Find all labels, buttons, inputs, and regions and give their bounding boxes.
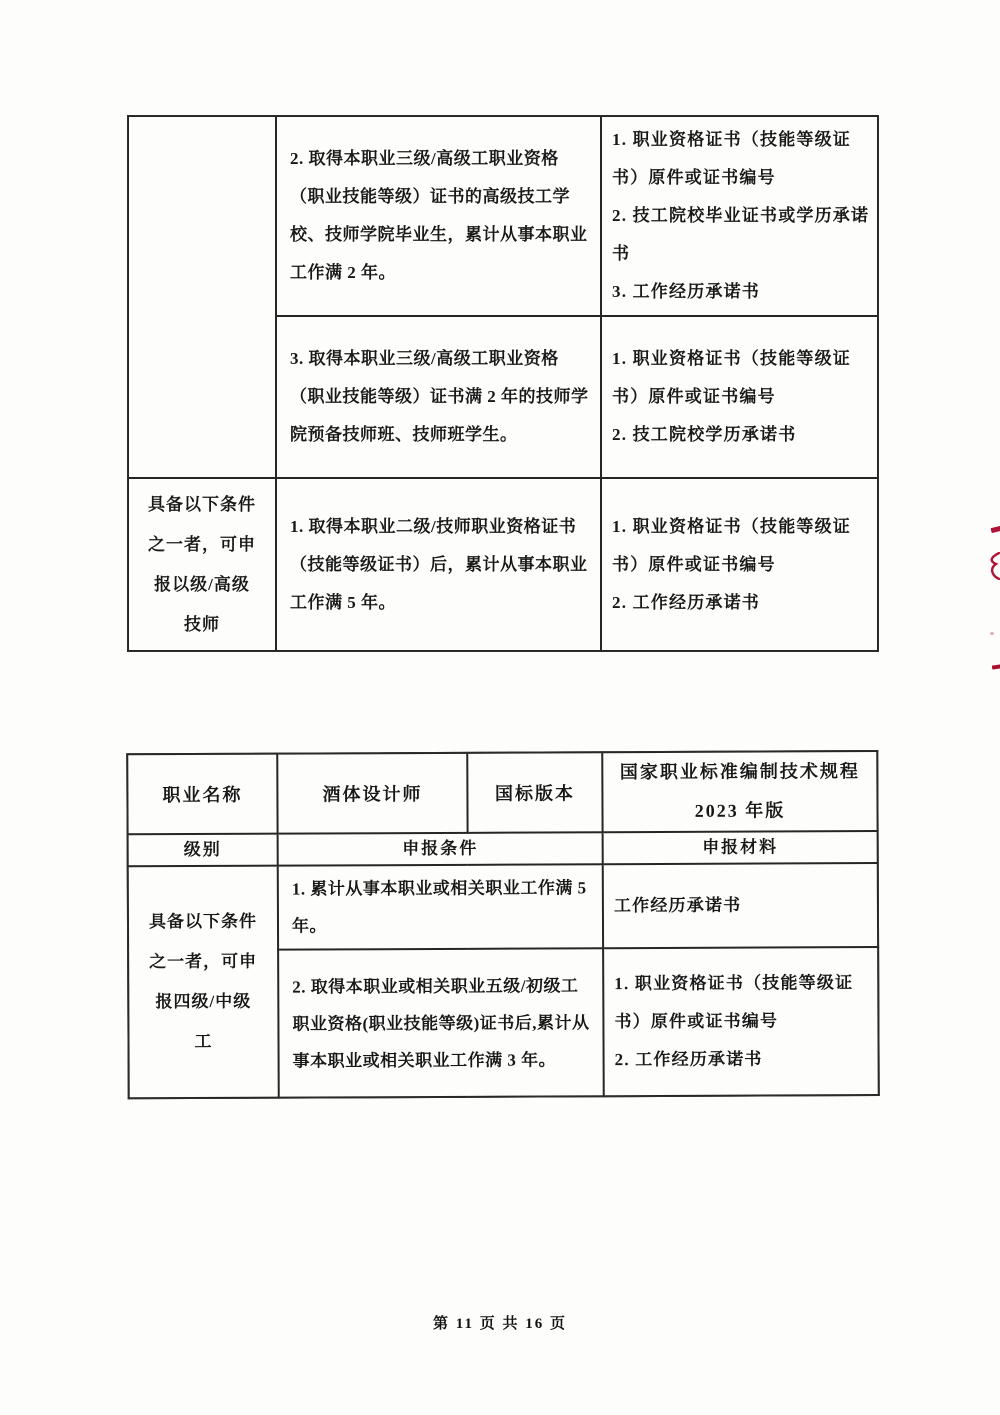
t1-level-cell-senior-technician: 具备以下条件 之一者，可申 报以级/高级 技师 — [128, 478, 276, 651]
table-row: 具备以下条件 之一者，可申 报以级/高级 技师 1. 取得本职业二级/技师职业资… — [128, 478, 878, 651]
red-ink-mark — [988, 552, 1000, 580]
occupation-table-jiuti-designer: 职业名称 酒体设计师 国标版本 国家职业标准编制技术规程 2023 年版 级别 … — [126, 750, 880, 1099]
t2-level-cell-intermediate-worker: 具备以下条件 之一者，可申 报四级/中级 工 — [128, 866, 279, 1099]
table-row: 具备以下条件 之一者，可申 报四级/中级 工 1. 累计从事本职业或相关职业工作… — [128, 863, 878, 950]
condition-text: 2. 取得本职业三级/高级工职业资格（职业技能等级）证书的高级技工学校、技师学院… — [290, 140, 592, 292]
occupation-name-label: 职业名称 — [127, 754, 277, 835]
table-header-row: 职业名称 酒体设计师 国标版本 国家职业标准编制技术规程 2023 年版 — [127, 751, 877, 834]
material-item: 1. 职业资格证书（技能等级证书）原件或证书编号 — [614, 964, 873, 1041]
material-item: 1. 职业资格证书（技能等级证书）原件或证书编号 — [612, 508, 873, 584]
condition-text: 2. 取得本职业或相关职业五级/初级工职业资格(职业技能等级)证书后,累计从事本… — [292, 967, 594, 1079]
materials-column-header: 申报材料 — [603, 831, 878, 864]
red-ink-mark — [990, 632, 994, 635]
t2-condition-cell-1: 1. 累计从事本职业或相关职业工作满 5 年。 — [278, 864, 603, 949]
t1-materials-cell-2: 1. 职业资格证书（技能等级证书）原件或证书编号 2. 技工院校学历承诺书 — [601, 316, 878, 478]
material-item: 2. 工作经历承诺书 — [612, 584, 873, 622]
material-item: 3. 工作经历承诺书 — [612, 273, 873, 311]
t1-materials-cell-3: 1. 职业资格证书（技能等级证书）原件或证书编号 2. 工作经历承诺书 — [601, 478, 878, 651]
red-ink-mark — [992, 664, 1000, 669]
scanned-document-page: 2. 取得本职业三级/高级工职业资格（职业技能等级）证书的高级技工学校、技师学院… — [0, 0, 1000, 1415]
standard-version-label: 国标版本 — [467, 752, 602, 833]
level-column-header: 级别 — [128, 834, 278, 867]
table-subheader-row: 级别 申报条件 申报材料 — [128, 831, 878, 866]
condition-text: 3. 取得本职业三级/高级工职业资格（职业技能等级）证书满 2 年的技师学院预备… — [290, 340, 592, 454]
t1-condition-cell-1: 2. 取得本职业三级/高级工职业资格（职业技能等级）证书的高级技工学校、技师学院… — [276, 116, 601, 316]
t1-materials-cell-1: 1. 职业资格证书（技能等级证书）原件或证书编号 2. 技工院校毕业证书或学历承… — [601, 116, 878, 316]
t2-condition-cell-2: 2. 取得本职业或相关职业五级/初级工职业资格(职业技能等级)证书后,累计从事本… — [278, 948, 604, 1097]
condition-text: 1. 累计从事本职业或相关职业工作满 5 年。 — [292, 869, 594, 944]
material-item: 2. 工作经历承诺书 — [615, 1040, 874, 1079]
material-item: 1. 职业资格证书（技能等级证书）原件或证书编号 — [612, 340, 873, 416]
t1-condition-cell-3: 1. 取得本职业二级/技师职业资格证书（技能等级证书）后，累计从事本职业工作满 … — [276, 478, 601, 651]
t1-condition-cell-2: 3. 取得本职业三级/高级工职业资格（职业技能等级）证书满 2 年的技师学院预备… — [276, 316, 601, 478]
t2-materials-cell-1: 工作经历承诺书 — [603, 863, 878, 948]
occupation-name-value: 酒体设计师 — [277, 753, 467, 834]
t2-materials-cell-2: 1. 职业资格证书（技能等级证书）原件或证书编号 2. 工作经历承诺书 — [603, 947, 879, 1096]
table-row: 2. 取得本职业三级/高级工职业资格（职业技能等级）证书的高级技工学校、技师学院… — [128, 116, 878, 316]
qualification-table-continued: 2. 取得本职业三级/高级工职业资格（职业技能等级）证书的高级技工学校、技师学院… — [127, 115, 879, 652]
material-item: 2. 技工院校毕业证书或学历承诺书 — [612, 197, 873, 273]
standard-version-value: 国家职业标准编制技术规程 2023 年版 — [602, 751, 877, 832]
material-item: 2. 技工院校学历承诺书 — [612, 416, 873, 454]
t1-level-cell-empty — [128, 116, 276, 478]
material-item: 1. 职业资格证书（技能等级证书）原件或证书编号 — [612, 121, 873, 197]
condition-text: 1. 取得本职业二级/技师职业资格证书（技能等级证书）后，累计从事本职业工作满 … — [290, 508, 592, 622]
material-item: 工作经历承诺书 — [614, 886, 873, 925]
condition-column-header: 申报条件 — [278, 832, 603, 865]
page-number: 第 11 页 共 16 页 — [0, 1312, 1000, 1333]
red-ink-mark — [991, 526, 1000, 533]
